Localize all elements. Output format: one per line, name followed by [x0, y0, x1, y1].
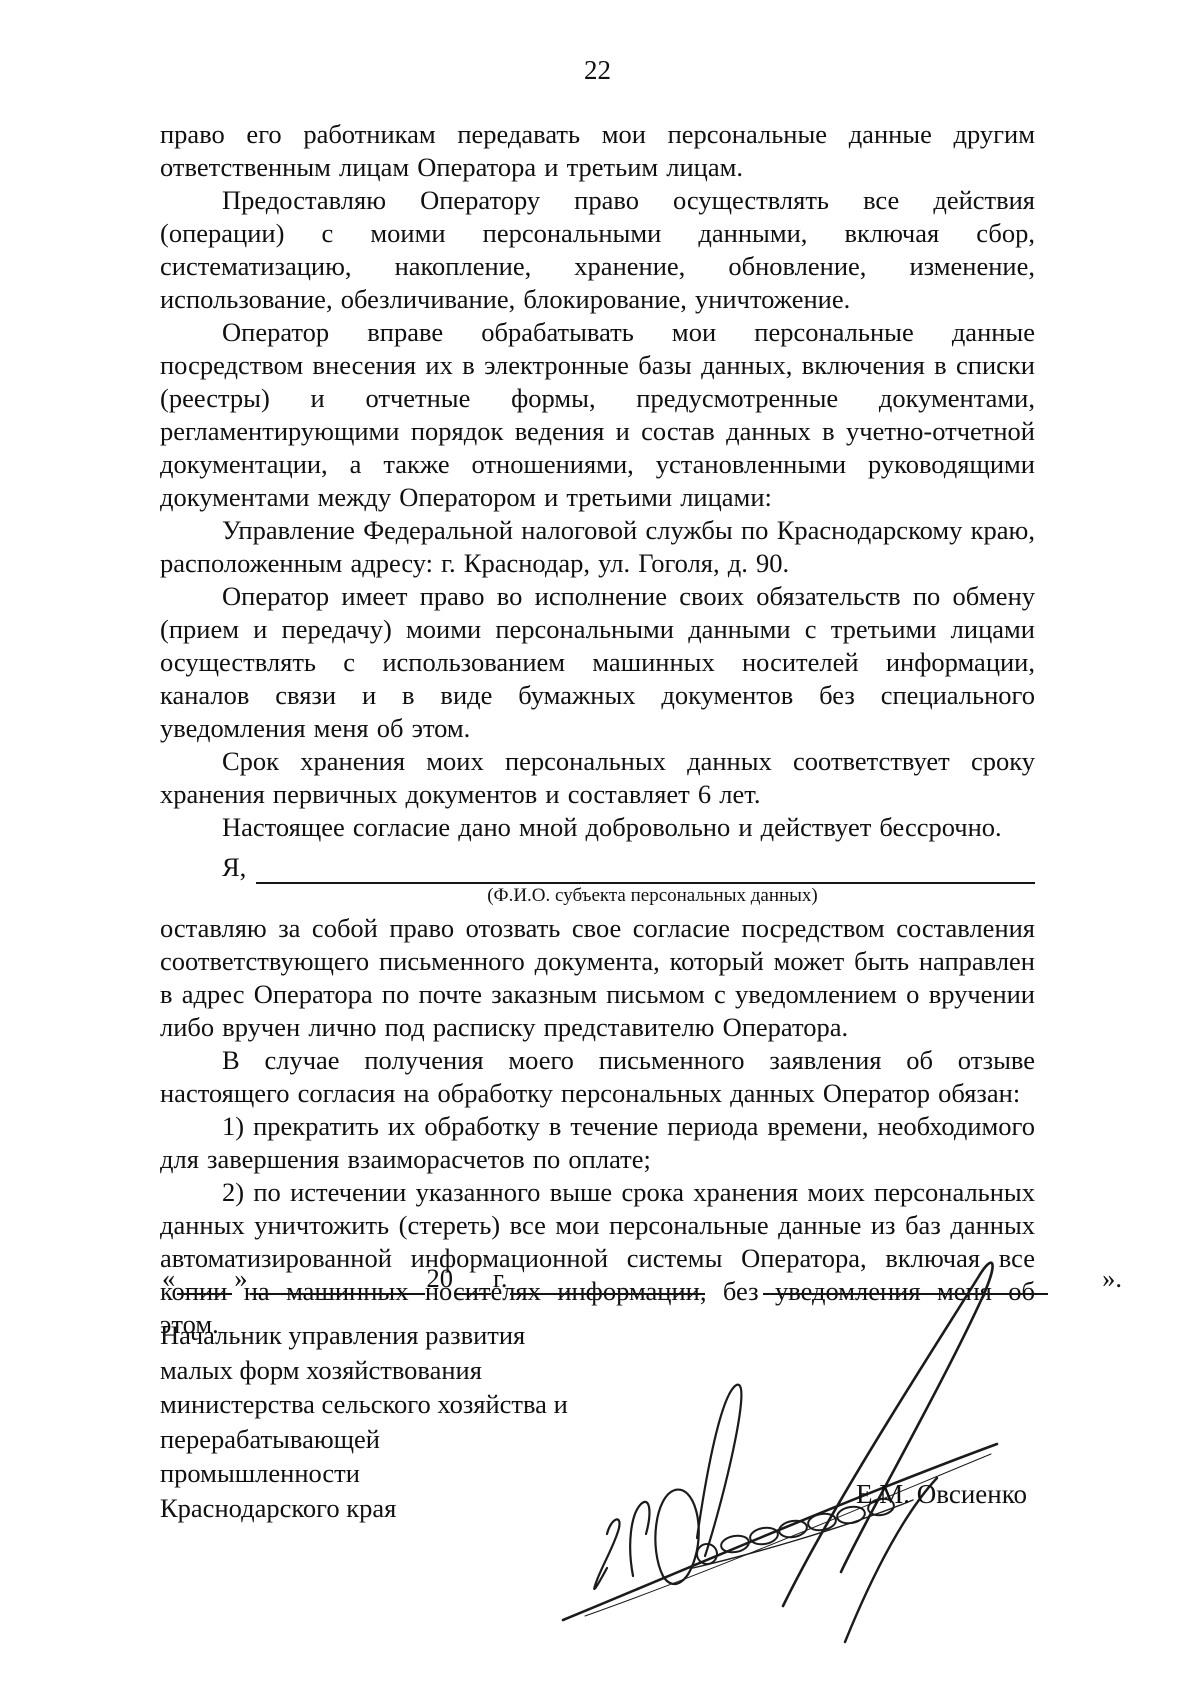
paragraph: оставляю за собой право отозвать свое со…: [160, 912, 1035, 1044]
paragraph: 1) прекратить их обработку в течение пер…: [160, 1110, 1035, 1176]
closing-quote-mark: ».: [1100, 1262, 1124, 1295]
paragraph: право его работникам передавать мои перс…: [160, 118, 1035, 184]
paragraph: Срок хранения моих персональных данных с…: [160, 745, 1035, 811]
year-century: 20: [425, 1262, 456, 1295]
paragraph: В случае получения моего письменного зая…: [160, 1044, 1035, 1110]
page-number: 22: [160, 54, 1035, 86]
fio-caption: (Ф.И.О. субъекта персональных данных): [160, 884, 1035, 908]
document-body: право его работникам передавать мои перс…: [160, 118, 1035, 1341]
fio-blank-line: [256, 852, 1035, 884]
open-quote: «: [160, 1262, 177, 1295]
paragraph: Настоящее согласие дано мной добровольно…: [160, 811, 1035, 844]
paragraph: Оператор имеет право во исполнение своих…: [160, 580, 1035, 745]
paragraph: Управление Федеральной налоговой службы …: [160, 514, 1035, 580]
month-blank-line: [250, 1263, 425, 1295]
fio-label: Я,: [160, 851, 246, 884]
paragraph: Оператор вправе обрабатывать мои персона…: [160, 316, 1035, 514]
close-quote: »: [232, 1262, 249, 1295]
handwritten-signature-image: [545, 1238, 1025, 1658]
paragraph: Предоставляю Оператору право осуществлят…: [160, 184, 1035, 316]
year-blank-line: [455, 1263, 491, 1295]
fio-line: Я,: [160, 846, 1035, 884]
year-suffix: г.: [491, 1262, 510, 1295]
document-page: 22 право его работникам передавать мои п…: [0, 0, 1200, 1696]
signer-name: Е.М. Овсиенко: [856, 1478, 1027, 1511]
day-blank-line: [177, 1263, 232, 1295]
